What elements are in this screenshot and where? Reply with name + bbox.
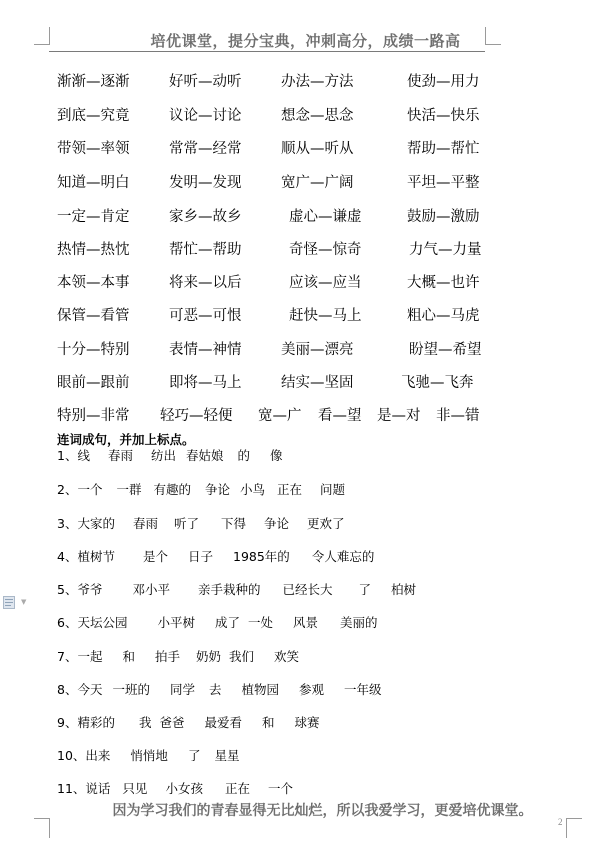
word-chip: 小女孩 xyxy=(165,779,203,797)
synonym-row: 到底—究竟议论—讨论想念—思念快活—快乐 xyxy=(0,104,611,124)
word-chip: 1985年的 xyxy=(233,547,290,565)
synonym-row: 十分—特别表情—神情美丽—漂亮盼望—希望 xyxy=(0,338,611,358)
synonym-pair: 特别—非常 xyxy=(57,404,130,425)
word-chip: 有趣的 xyxy=(153,480,191,498)
word-chip: 去 xyxy=(209,680,222,698)
synonym-pair: 应该—应当 xyxy=(289,271,362,292)
word-chip: 日子 xyxy=(188,547,213,565)
synonym-pair: 想念—思念 xyxy=(281,104,354,125)
word-chip: 听了 xyxy=(174,514,199,532)
synonym-pair: 十分—特别 xyxy=(57,338,130,359)
synonym-pair: 热情—热忱 xyxy=(57,238,130,259)
synonym-pair: 顺从—听从 xyxy=(281,137,354,158)
word-chip: 今天 xyxy=(77,680,102,698)
page-header-title: 培优课堂，提分宝典，冲刺高分，成绩一路高 xyxy=(0,30,611,51)
word-chip: 小平树 xyxy=(157,613,195,631)
word-chip: 春雨 xyxy=(133,514,158,532)
exercise-question: 11、说话只见小女孩正在一个 xyxy=(57,779,293,797)
word-chip: 只见 xyxy=(122,779,147,797)
header-divider xyxy=(49,51,485,52)
synonym-pair: 虚心—谦虚 xyxy=(289,205,362,226)
exercise-question: 1、线春雨纺出春姑娘的像 xyxy=(57,446,283,464)
synonym-row: 一定—肯定家乡—故乡虚心—谦虚鼓励—激励 xyxy=(0,205,611,225)
word-chip: 春姑娘 xyxy=(186,446,224,464)
word-chip: 参观 xyxy=(299,680,324,698)
word-chip: 球赛 xyxy=(295,713,320,731)
synonym-row: 热情—热忱帮忙—帮助奇怪—惊奇力气—力量 xyxy=(0,238,611,258)
word-chip: 我 xyxy=(139,713,152,731)
word-chip: 正在 xyxy=(277,480,302,498)
word-chip: 奶奶 xyxy=(196,647,221,665)
word-chip: 邓小平 xyxy=(132,580,170,598)
question-number: 9、 xyxy=(57,713,77,731)
synonym-pair: 保管—看管 xyxy=(57,304,130,325)
exercise-question: 5、爷爷邓小平亲手栽种的已经长大了柏树 xyxy=(57,580,416,598)
synonym-pair: 帮忙—帮助 xyxy=(169,238,242,259)
synonym-pair: 议论—讨论 xyxy=(169,104,242,125)
synonym-row: 渐渐—逐渐好听—动听办法—方法使劲—用力 xyxy=(0,70,611,90)
word-chip: 精彩的 xyxy=(77,713,115,731)
synonym-pair: 大概—也许 xyxy=(407,271,480,292)
crop-mark-bottom-right-v xyxy=(566,818,567,838)
synonym-pair: 办法—方法 xyxy=(281,70,354,91)
page-footer-text: 因为学习我们的青春显得无比灿烂，所以我爱学习，更爱培优课堂。 xyxy=(0,800,611,820)
synonym-pair: 一定—肯定 xyxy=(57,205,130,226)
synonym-pair: 看—望 xyxy=(318,404,362,425)
synonym-pair: 知道—明白 xyxy=(57,171,130,192)
synonym-pair: 是—对 xyxy=(377,404,421,425)
page-number: 2 xyxy=(558,817,563,827)
word-chip: 下得 xyxy=(221,514,246,532)
word-chip: 拍手 xyxy=(155,647,180,665)
synonym-row: 本领—本事将来—以后应该—应当大概—也许 xyxy=(0,271,611,291)
word-chip: 一群 xyxy=(116,480,141,498)
synonym-row: 带领—率领常常—经常顺从—听从帮助—帮忙 xyxy=(0,137,611,157)
synonym-pair: 帮助—帮忙 xyxy=(407,137,480,158)
word-chip: 春雨 xyxy=(108,446,133,464)
exercise-question: 3、大家的春雨听了下得争论更欢了 xyxy=(57,514,345,532)
question-number: 6、 xyxy=(57,613,77,631)
synonym-pair: 奇怪—惊奇 xyxy=(289,238,362,259)
synonym-pair: 粗心—马虎 xyxy=(407,304,480,325)
word-chip: 悄悄地 xyxy=(130,746,168,764)
word-chip: 是个 xyxy=(143,547,168,565)
word-chip: 一年级 xyxy=(344,680,382,698)
question-number: 2、 xyxy=(57,480,77,498)
word-chip: 爸爸 xyxy=(159,713,184,731)
word-chip: 最爱看 xyxy=(205,713,243,731)
exercise-question: 9、精彩的我爸爸最爱看和球赛 xyxy=(57,713,320,731)
synonym-pair: 渐渐—逐渐 xyxy=(57,70,130,91)
word-chip: 一班的 xyxy=(112,680,150,698)
exercise-question: 10、出来悄悄地了星星 xyxy=(57,746,239,764)
word-chip: 争论 xyxy=(205,480,230,498)
synonym-pair: 力气—力量 xyxy=(409,238,482,259)
word-chip: 小鸟 xyxy=(240,480,265,498)
word-chip: 线 xyxy=(77,446,90,464)
word-chip: 爷爷 xyxy=(77,580,102,598)
question-number: 7、 xyxy=(57,647,77,665)
word-chip: 一个 xyxy=(268,779,293,797)
synonym-row: 特别—非常轻巧—轻便宽—广看—望是—对非—错 xyxy=(0,404,611,424)
exercise-question: 8、今天一班的同学去植物园参观一年级 xyxy=(57,680,382,698)
word-chip: 一个 xyxy=(77,480,102,498)
word-chip: 争论 xyxy=(264,514,289,532)
synonym-pair: 轻巧—轻便 xyxy=(160,404,233,425)
word-chip: 说话 xyxy=(85,779,110,797)
word-chip: 星星 xyxy=(214,746,239,764)
question-number: 3、 xyxy=(57,514,77,532)
word-chip: 问题 xyxy=(320,480,345,498)
chevron-down-icon[interactable]: ▼ xyxy=(21,598,26,606)
word-chip: 大家的 xyxy=(77,514,115,532)
question-number: 10、 xyxy=(57,746,85,764)
synonym-pair: 表情—神情 xyxy=(169,338,242,359)
word-chip: 的 xyxy=(238,446,251,464)
question-number: 5、 xyxy=(57,580,77,598)
word-chip: 柏树 xyxy=(391,580,416,598)
word-chip: 更欢了 xyxy=(307,514,345,532)
synonym-pair: 本领—本事 xyxy=(57,271,130,292)
synonym-pair: 使劲—用力 xyxy=(407,70,480,91)
synonym-pair: 将来—以后 xyxy=(169,271,242,292)
question-number: 4、 xyxy=(57,547,77,565)
synonym-pair: 宽—广 xyxy=(258,404,302,425)
synonym-pair: 带领—率领 xyxy=(57,137,130,158)
word-chip: 风景 xyxy=(293,613,318,631)
synonym-pair: 即将—马上 xyxy=(169,371,242,392)
synonym-pair: 快活—快乐 xyxy=(407,104,480,125)
synonym-row: 知道—明白发明—发现宽广—广阔平坦—平整 xyxy=(0,171,611,191)
question-number: 1、 xyxy=(57,446,77,464)
word-chip: 和 xyxy=(262,713,275,731)
synonym-pair: 可恶—可恨 xyxy=(169,304,242,325)
word-chip: 已经长大 xyxy=(283,580,333,598)
crop-mark-bottom-left-v xyxy=(49,818,50,838)
synonym-pair: 发明—发现 xyxy=(169,171,242,192)
synonym-pair: 平坦—平整 xyxy=(407,171,480,192)
synonym-pair: 眼前—跟前 xyxy=(57,371,130,392)
synonym-pair: 好听—动听 xyxy=(169,70,242,91)
word-chip: 植物园 xyxy=(242,680,280,698)
word-chip: 出来 xyxy=(85,746,110,764)
exercise-question: 7、一起和拍手奶奶我们欢笑 xyxy=(57,647,299,665)
word-chip: 一处 xyxy=(248,613,273,631)
word-chip: 成了 xyxy=(215,613,240,631)
exercise-question: 4、植树节是个日子1985年的令人难忘的 xyxy=(57,547,374,565)
word-chip: 同学 xyxy=(170,680,195,698)
word-chip: 天坛公园 xyxy=(77,613,127,631)
word-chip: 像 xyxy=(270,446,283,464)
word-chip: 我们 xyxy=(229,647,254,665)
synonym-row: 保管—看管可恶—可恨赶快—马上粗心—马虎 xyxy=(0,304,611,324)
synonym-pair: 到底—究竟 xyxy=(57,104,130,125)
question-number: 11、 xyxy=(57,779,85,797)
synonym-pair: 非—错 xyxy=(436,404,480,425)
exercise-question: 6、天坛公园小平树成了一处风景美丽的 xyxy=(57,613,378,631)
synonym-pair: 美丽—漂亮 xyxy=(281,338,354,359)
synonym-pair: 常常—经常 xyxy=(169,137,242,158)
word-chip: 正在 xyxy=(225,779,250,797)
word-chip: 欢笑 xyxy=(274,647,299,665)
paste-options-icon[interactable] xyxy=(3,596,15,609)
question-number: 8、 xyxy=(57,680,77,698)
synonym-pair: 赶快—马上 xyxy=(289,304,362,325)
synonym-pair: 飞驰—飞奔 xyxy=(401,371,474,392)
synonym-pair: 鼓励—激励 xyxy=(407,205,480,226)
synonym-pair: 家乡—故乡 xyxy=(169,205,242,226)
synonym-pair: 宽广—广阔 xyxy=(281,171,354,192)
word-chip: 和 xyxy=(122,647,135,665)
word-chip: 一起 xyxy=(77,647,102,665)
word-chip: 亲手栽种的 xyxy=(198,580,261,598)
synonym-row: 眼前—跟前即将—马上结实—坚固飞驰—飞奔 xyxy=(0,371,611,391)
exercise-question: 2、一个一群有趣的争论小鸟正在问题 xyxy=(57,480,345,498)
word-chip: 了 xyxy=(359,580,372,598)
synonym-pair: 盼望—希望 xyxy=(409,338,482,359)
word-chip: 纺出 xyxy=(151,446,176,464)
word-chip: 美丽的 xyxy=(340,613,378,631)
word-chip: 令人难忘的 xyxy=(312,547,375,565)
word-chip: 了 xyxy=(188,746,201,764)
synonym-pair: 结实—坚固 xyxy=(281,371,354,392)
word-chip: 植树节 xyxy=(77,547,115,565)
